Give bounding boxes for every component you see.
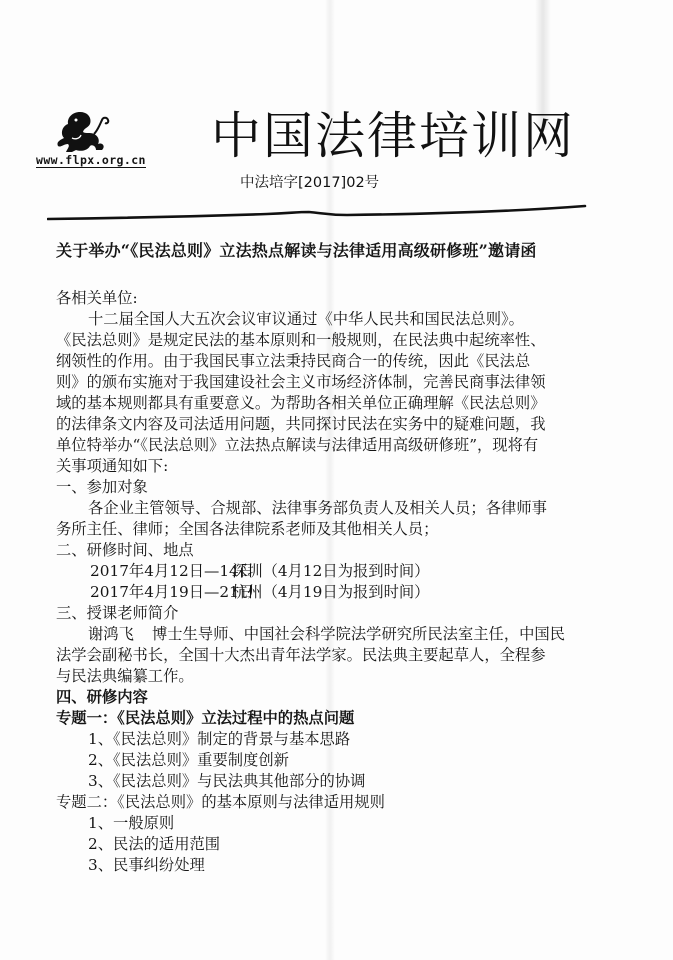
instructor-name: 谢鸿飞 <box>88 624 152 645</box>
session-note: （4月19日为报到时间） <box>263 583 430 601</box>
intro-line: 十二届全国人大五次会议审议通过《中华人民共和国民法总则》。 <box>56 309 616 330</box>
letterhead: www.flpx.org.cn 中国法律培训网 中法培字[2017]02号 <box>0 0 673 230</box>
intro-line: 《民法总则》是规定民法的基本原则和一般规则，在民法典中起统率性、 <box>56 330 616 351</box>
section-heading-instructor: 三、授课老师简介 <box>56 603 616 624</box>
topic-item: 2、民法的适用范围 <box>56 834 616 855</box>
section-heading-content: 四、研修内容 <box>56 687 616 708</box>
salutation: 各相关单位: <box>56 288 616 309</box>
session-dates: 2017年4月12日—14日 <box>90 561 232 582</box>
participants-line: 各企业主管领导、合规部、法律事务部负责人及相关人员；各律师事 <box>56 498 616 519</box>
document-title: 关于举办“《民法总则》立法热点解读与法律适用高级研修班”邀请函 <box>56 240 537 262</box>
session-dates: 2017年4月19日—21日 <box>90 582 232 603</box>
topic-title: 专题一：《民法总则》立法过程中的热点问题 <box>56 708 616 729</box>
instructor-bio: 博士生导师、中国社会科学院法学研究所民法室主任，中国民 <box>152 625 565 643</box>
instructor-bio-line: 谢鸿飞博士生导师、中国社会科学院法学研究所民法室主任，中国民 <box>56 624 616 645</box>
instructor-bio-line: 与民法典编纂工作。 <box>56 666 616 687</box>
topic-title: 专题二：《民法总则》的基本原则与法律适用规则 <box>56 792 616 813</box>
intro-line: 域的基本规则都具有重要意义。为帮助各相关单位正确理解《民法总则》 <box>56 393 616 414</box>
topic-item: 3、《民法总则》与民法典其他部分的协调 <box>56 771 616 792</box>
intro-line: 的法律条文内容及司法适用问题，共同探讨民法在实务中的疑难问题，我 <box>56 414 616 435</box>
topic-item: 1、一般原则 <box>56 813 616 834</box>
lion-icon <box>50 108 120 154</box>
intro-line: 则》的颁布实施对于我国建设社会主义市场经济体制，完善民商事法律领 <box>56 372 616 393</box>
topic-item: 3、民事纠纷处理 <box>56 855 616 876</box>
session-note: （4月12日为报到时间） <box>263 562 430 580</box>
site-url: www.flpx.org.cn <box>36 154 146 168</box>
section-heading-participants: 一、参加对象 <box>56 477 616 498</box>
topic-item: 1、《民法总则》制定的背景与基本思路 <box>56 729 616 750</box>
schedule-session: 2017年4月19日—21日杭州（4月19日为报到时间） <box>56 582 616 603</box>
session-city: 杭州 <box>232 583 263 601</box>
session-city: 深圳 <box>232 562 263 580</box>
organization-name: 中国法律培训网 <box>211 106 575 166</box>
letter-body: 各相关单位: 十二届全国人大五次会议审议通过《中华人民共和国民法总则》。 《民法… <box>56 288 616 876</box>
header-divider <box>47 196 587 226</box>
document-number: 中法培字[2017]02号 <box>240 174 379 192</box>
intro-line: 关事项通知如下: <box>56 456 616 477</box>
intro-line: 纲领性的作用。由于我国民事立法秉持民商合一的传统，因此《民法总 <box>56 351 616 372</box>
instructor-bio-line: 法学会副秘书长，全国十大杰出青年法学家。民法典主要起草人，全程参 <box>56 645 616 666</box>
topic-item: 2、《民法总则》重要制度创新 <box>56 750 616 771</box>
participants-line: 务所主任、律师；全国各法律院系老师及其他相关人员； <box>56 519 616 540</box>
section-heading-schedule: 二、研修时间、地点 <box>56 540 616 561</box>
intro-line: 单位特举办“《民法总则》立法热点解读与法律适用高级研修班”，现将有 <box>56 435 616 456</box>
schedule-session: 2017年4月12日—14日深圳（4月12日为报到时间） <box>56 561 616 582</box>
